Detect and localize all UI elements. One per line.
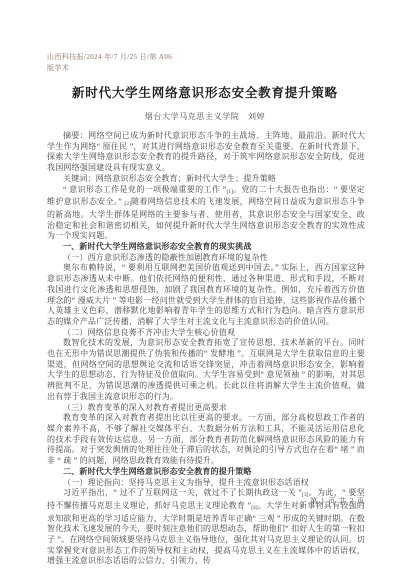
section-heading: 一、新时代大学生网络意识形态安全教育的现实挑战 — [47, 242, 365, 253]
section-subheading: （三）教育变革的深入对教育者提出更高要求 — [47, 403, 365, 414]
article-byline: 烟台大学马克思主义学院 刘婷 — [0, 111, 410, 122]
citation-marker: [2] — [124, 201, 130, 207]
section-heading: 二、新时代大学生网络意识形态安全教育的提升策略 — [47, 467, 365, 478]
paragraph: 教育变革的深入对教育者提出比以往更高的要求。一方面，部分高校思政工作者的媒介素养… — [47, 413, 365, 467]
paragraph: 关键词：网络意识形态安全教育；新时代大学生；提升策略 — [47, 174, 365, 185]
citation-marker: [3] — [302, 492, 308, 498]
citation-marker: [1] — [226, 189, 232, 195]
citation-marker: [4] — [251, 505, 257, 511]
section-subheading: （一）西方意识形态渗透的隐蔽性加剧教育环境的复杂性 — [47, 253, 365, 264]
source-line-1: 山西科技报/2024 年/7 月/25 日/第 A06 — [47, 52, 247, 63]
section-subheading: （一）理论指向：坚持马克思主义为指导，提升主流意识形态话语权 — [47, 478, 365, 489]
source-header: 山西科技报/2024 年/7 月/25 日/第 A06 版学术 — [47, 52, 247, 74]
paragraph: 数智化技术的发展，为意识形态安全教育拓宽了宣传思想、技术革新的平台。同时也在无形… — [47, 338, 365, 402]
paragraph: 摘要：网络空间已成为新时代意识形态斗争的主战场、主阵地、最前沿。新时代大学生作为… — [47, 131, 365, 174]
document-page: 山西科技报/2024 年/7 月/25 日/第 A06 版学术 新时代大学生网络… — [0, 0, 410, 580]
paragraph: “ 意识形态工作是党的一项极端重要的工作 ”[1]。党的二十大报告也指出：“ 要… — [47, 185, 365, 243]
source-line-2: 版学术 — [47, 63, 247, 74]
article-title: 新时代大学生网络意识形态安全教育提升策略 — [0, 83, 410, 101]
paragraph: 奥尔布赖特说，“ 要利用互联网把美国价值观送到中国去。” 实际上，西方国家这种意… — [47, 263, 365, 327]
section-subheading: （二）网络信息良莠不齐冲击大学生核心价值观 — [47, 328, 365, 339]
page-number: 第 1 页 共 2 页 — [310, 496, 365, 506]
